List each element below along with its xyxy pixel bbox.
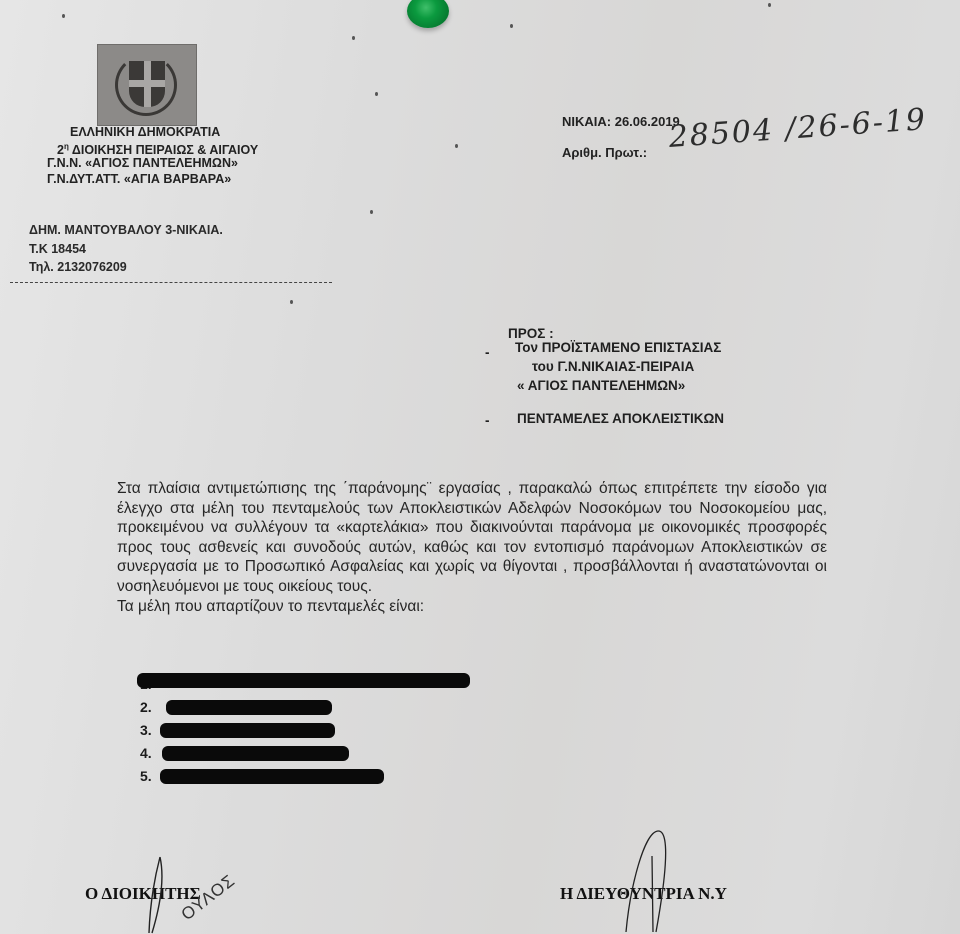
letterhead-country: ΕΛΛΗΝΙΚΗ ΔΗΜΟΚΡΑΤΙΑ <box>70 124 220 140</box>
paper-speck <box>290 300 293 304</box>
street-address: ΔΗΜ. ΜΑΝΤΟΥΒΑΛΟΥ 3-ΝΙΚΑΙΑ. <box>29 221 223 240</box>
paper-speck <box>455 144 458 148</box>
redaction-bar <box>166 700 332 715</box>
phone-number: Τηλ. 2132076209 <box>29 258 223 277</box>
member-number: 3. <box>140 719 162 742</box>
member-item: 4. <box>140 742 162 765</box>
member-item: 5. <box>140 765 162 788</box>
letter-body: Στα πλαίσια αντιμετώπισης της ΄παράνομης… <box>117 479 827 616</box>
redaction-bar <box>160 723 335 738</box>
paper-speck <box>352 36 355 40</box>
signature-left <box>140 855 180 934</box>
address-block: ΔΗΜ. ΜΑΝΤΟΥΒΑΛΟΥ 3-ΝΙΚΑΙΑ. Τ.Κ 18454 Τηλ… <box>29 221 223 277</box>
members-intro: Τα μέλη που απαρτίζουν το πενταμελές είν… <box>117 597 827 617</box>
recipient-1-line-2: του Γ.Ν.ΝΙΚΑΙΑΣ-ΠΕΙΡΑΙΑ <box>532 357 694 377</box>
ordinal-suffix: η <box>64 142 69 151</box>
signature-right <box>620 828 680 934</box>
paper-speck <box>768 3 771 7</box>
paper-speck <box>370 210 373 214</box>
protocol-label: Αριθμ. Πρωτ.: <box>562 145 647 160</box>
separator-line <box>10 282 332 283</box>
body-paragraph: Στα πλαίσια αντιμετώπισης της ΄παράνομης… <box>117 479 827 597</box>
member-number: 5. <box>140 765 162 788</box>
redaction-bar <box>160 769 384 784</box>
letterhead-hospital-2: Γ.Ν.ΔΥΤ.ΑΤΤ. «ΑΓΙΑ ΒΑΡΒΑΡΑ» <box>47 171 231 187</box>
member-number: 2. <box>140 696 162 719</box>
recipient-1-line-3: « ΑΓΙΟΣ ΠΑΝΤΕΛΕΗΜΩΝ» <box>517 376 685 396</box>
paper-speck <box>510 24 513 28</box>
members-list: 1. 2. 3. 4. 5. <box>140 673 162 788</box>
member-item: 3. <box>140 719 162 742</box>
place-date: ΝΙΚΑΙΑ: 26.06.2019 <box>562 114 680 129</box>
paper-speck <box>62 14 65 18</box>
protocol-number-handwritten: 28504 /26-6-19 <box>668 102 929 155</box>
green-pushpin <box>407 0 449 28</box>
recipient-2-dash: - <box>485 411 490 431</box>
member-item: 2. <box>140 696 162 719</box>
recipient-1-dash: - <box>485 343 490 363</box>
greek-coat-of-arms-icon <box>97 44 197 126</box>
member-number: 4. <box>140 742 162 765</box>
letterhead-hospital-1: Γ.Ν.Ν. «ΑΓΙΟΣ ΠΑΝΤΕΛΕΗΜΩΝ» <box>47 155 238 171</box>
paper-speck <box>375 92 378 96</box>
redaction-bar <box>137 673 470 688</box>
postal-code: Τ.Κ 18454 <box>29 240 223 259</box>
member-item: 1. <box>140 673 162 696</box>
redaction-bar <box>162 746 349 761</box>
recipient-2-line-1: ΠΕΝΤΑΜΕΛΕΣ ΑΠΟΚΛΕΙΣΤΙΚΩΝ <box>517 409 724 429</box>
recipient-1-line-1: Τον ΠΡΟΪΣΤΑΜΕΝΟ ΕΠΙΣΤΑΣΙΑΣ <box>515 338 721 358</box>
